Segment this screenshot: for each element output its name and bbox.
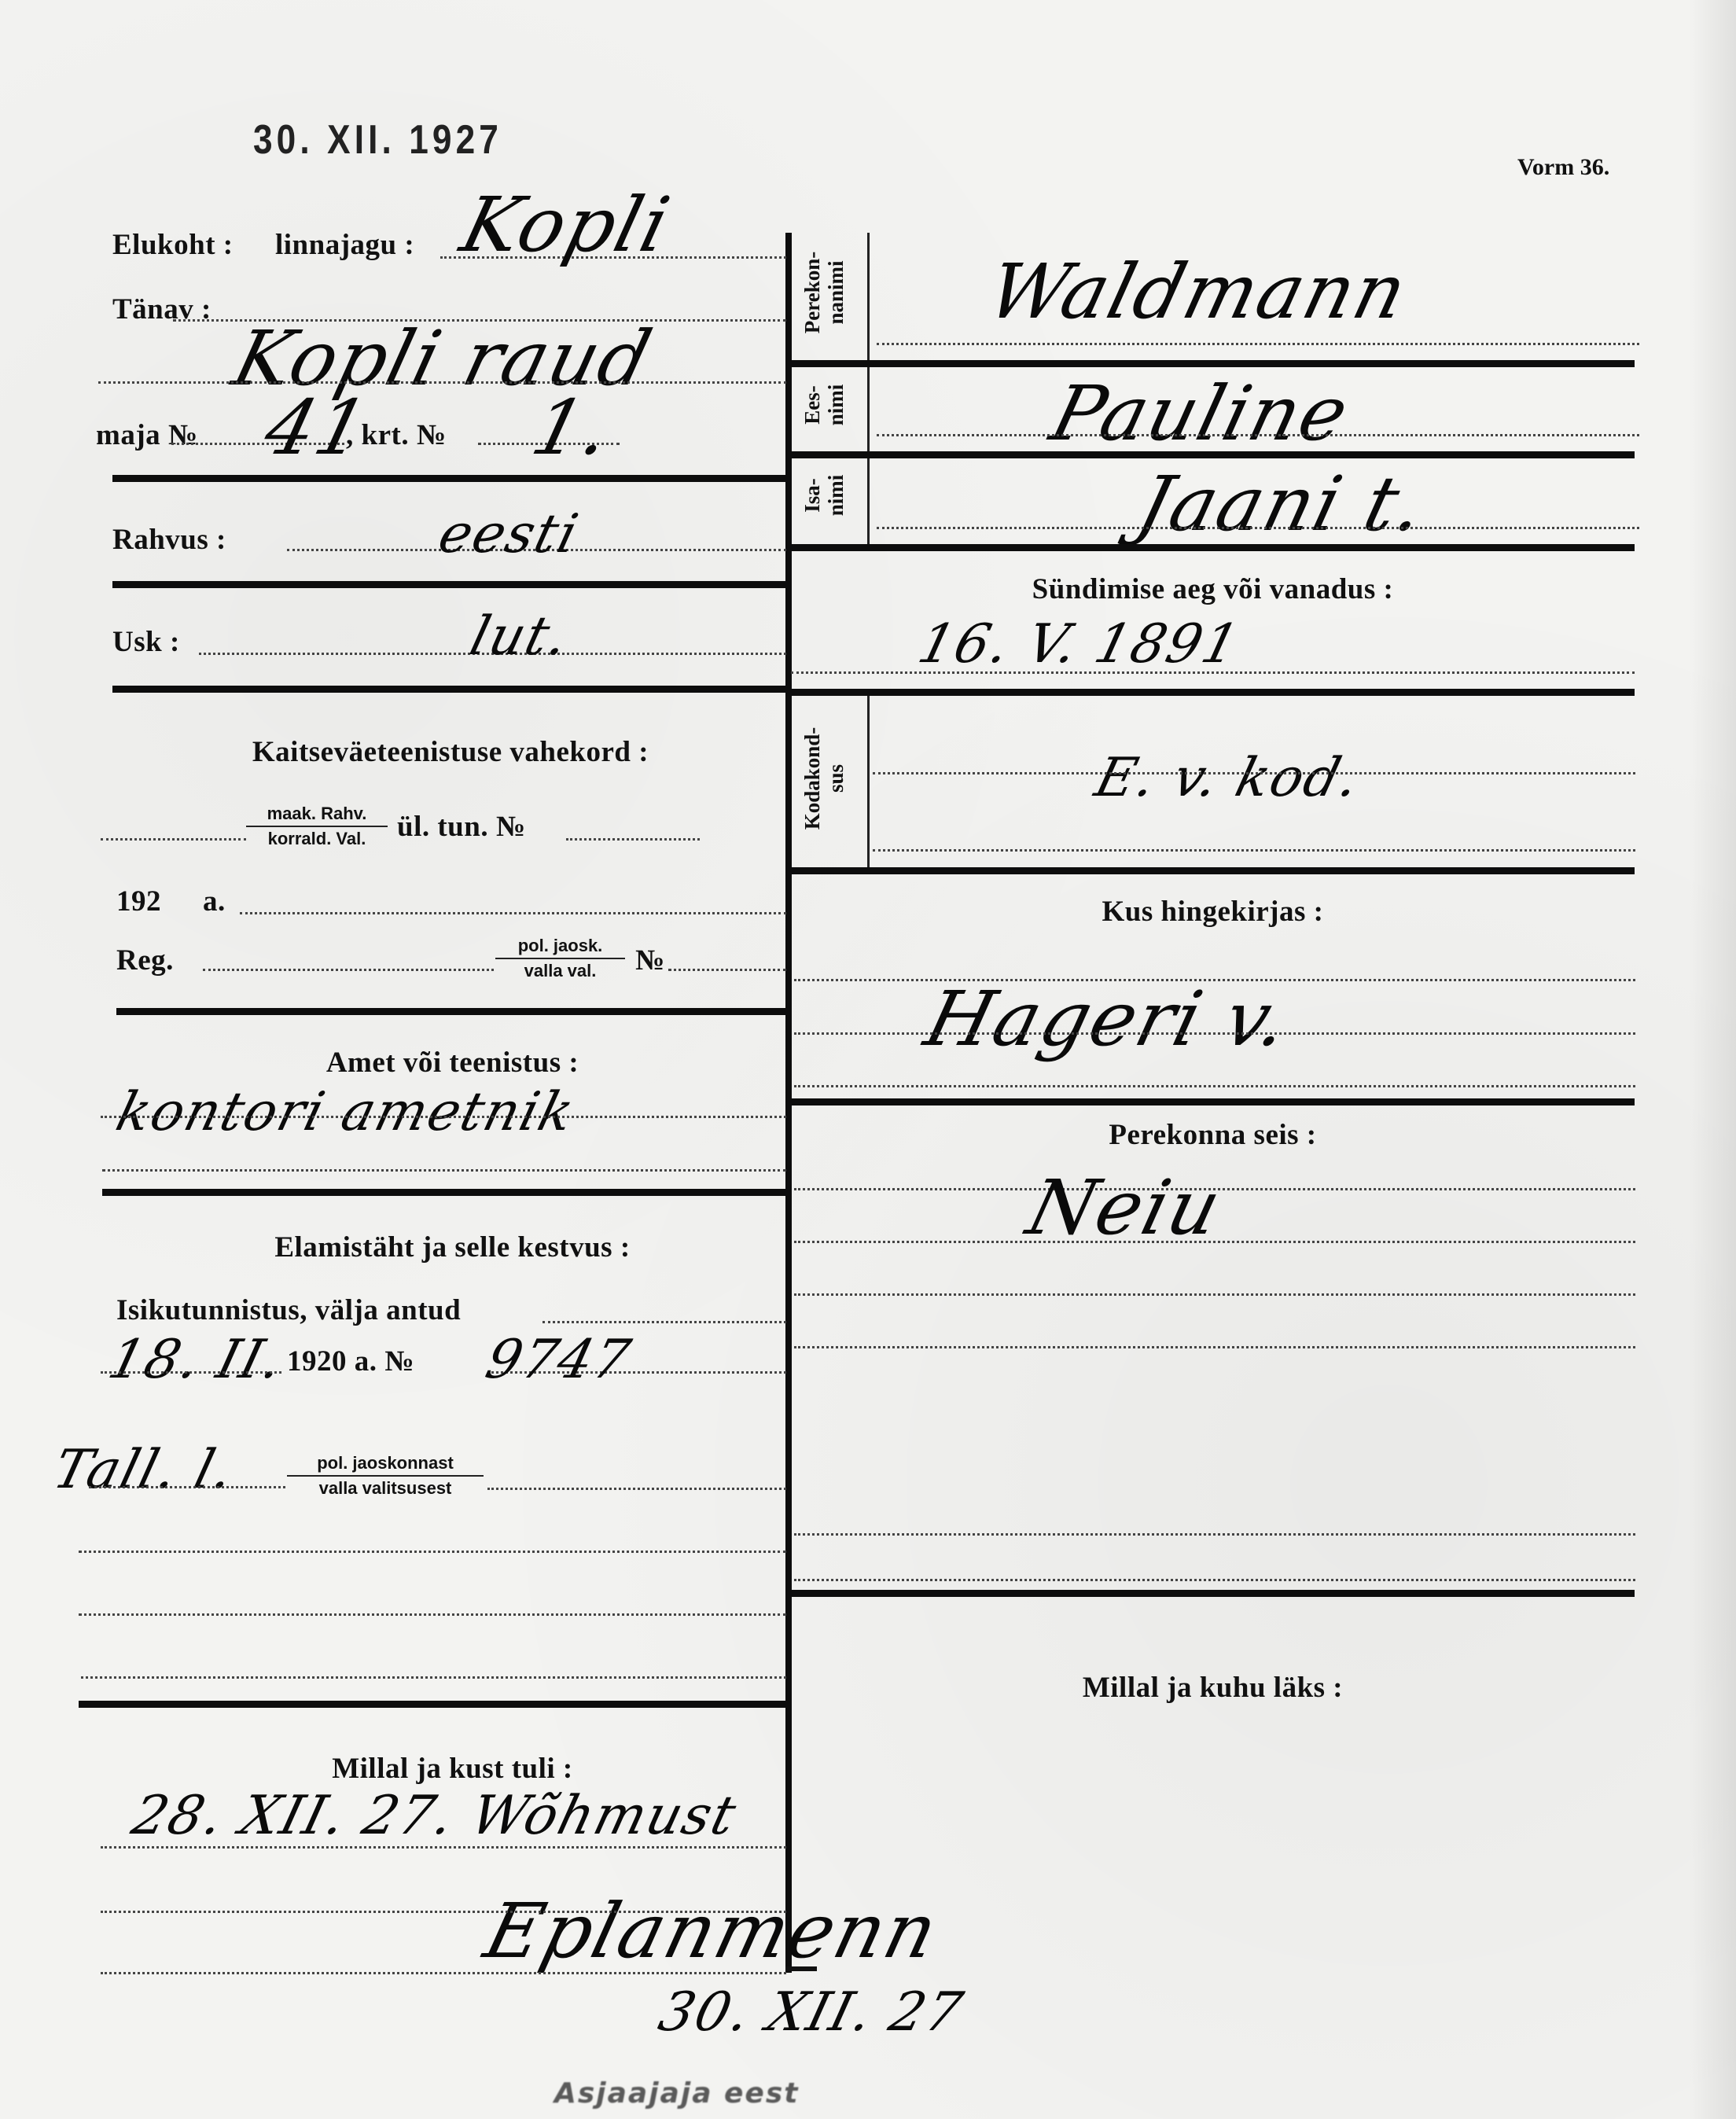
- field-line-father-name: [877, 527, 1639, 529]
- field-line-surname: [877, 343, 1639, 345]
- label-citizenship: Kodakond- sus: [800, 700, 848, 857]
- field-line-arrival-2: [101, 1911, 786, 1913]
- id-number-value[interactable]: 9747: [480, 1329, 638, 1391]
- official-stamp: Asjaajaja eest: [554, 2077, 799, 2110]
- frac-pol-jaoskonnast: pol. jaoskonnast: [287, 1453, 484, 1477]
- label-usk: Usk :: [112, 625, 180, 659]
- label-surname-line2: nanimi: [824, 230, 848, 355]
- father-name-value[interactable]: Jaani t.: [1129, 460, 1435, 548]
- field-line-blank-1: [79, 1551, 786, 1553]
- field-line-reg-no: [668, 969, 786, 971]
- field-line-issuer-2: [487, 1488, 786, 1490]
- field-line-family-6: [794, 1579, 1635, 1581]
- fraction-maak-korrald: maak. Rahv. korrald. Val.: [246, 804, 388, 849]
- label-first-name-line2: nimi: [824, 366, 848, 444]
- signature: Eplanmenn: [476, 1887, 947, 1975]
- frac-valla-val: valla val.: [495, 959, 625, 981]
- heading-departure: Millal ja kuhu läks :: [791, 1671, 1635, 1705]
- label-first-name-line1: Ees-: [800, 366, 824, 444]
- field-line-parish-2: [794, 1032, 1635, 1035]
- section-rule: [79, 1701, 789, 1708]
- field-line-reg: [203, 969, 494, 971]
- rahvus-value[interactable]: eesti: [432, 503, 585, 565]
- label-krt: , krt. №: [346, 418, 447, 452]
- section-rule: [112, 686, 789, 693]
- frac-korrald-val: korrald. Val.: [246, 827, 388, 849]
- field-line-blank-2: [79, 1613, 786, 1616]
- page-edge-shadow: [1689, 0, 1736, 2119]
- usk-value[interactable]: lut.: [464, 605, 576, 668]
- field-line-blank-3: [81, 1676, 786, 1679]
- section-rule: [791, 1098, 1635, 1105]
- field-line-occupation-2: [102, 1169, 786, 1172]
- section-rule: [102, 1189, 789, 1196]
- heading-birth: Sündimise aeg või vanadus :: [791, 572, 1635, 606]
- fraction-pol-valla: pol. jaosk. valla val.: [495, 936, 625, 981]
- field-line-military-1: [101, 838, 246, 841]
- heading-parish-register: Kus hingekirjas :: [791, 895, 1635, 929]
- field-line-year: [240, 912, 786, 914]
- family-status-value[interactable]: Neiu: [1019, 1164, 1230, 1252]
- label-column-line-names: [867, 233, 870, 551]
- field-line-citizenship-2: [873, 849, 1635, 852]
- field-line-tanav-2: [98, 381, 786, 384]
- label-id-year: 1920 a. №: [287, 1345, 414, 1378]
- issuer-value[interactable]: Tall. l.: [47, 1439, 241, 1501]
- field-line-ul-tun: [566, 838, 700, 841]
- label-linnajagu: linnajagu :: [275, 228, 414, 262]
- form-number: Vorm 36.: [1517, 154, 1609, 181]
- section-rule: [791, 451, 1635, 458]
- label-id-card: Isikutunnistus, välja antud: [116, 1293, 461, 1327]
- label-year-a: a.: [203, 885, 226, 918]
- signature-date: 30. XII. 27: [653, 1981, 969, 2044]
- label-father-name-line2: nimi: [824, 456, 848, 535]
- section-rule: [791, 360, 1635, 367]
- field-line-family-2: [794, 1241, 1635, 1243]
- frac-valla-valitsusest: valla valitsusest: [287, 1477, 484, 1499]
- citizenship-value[interactable]: E. v. kod.: [1089, 747, 1366, 809]
- label-ul-tun: ül. tun. №: [397, 810, 526, 844]
- label-rahvus: Rahvus :: [112, 523, 226, 557]
- field-line-family-5: [794, 1533, 1635, 1536]
- birth-value[interactable]: 16. V. 1891: [912, 613, 1246, 675]
- first-name-value[interactable]: Pauline: [1043, 370, 1358, 458]
- frac-maak-rahv: maak. Rahv.: [246, 804, 388, 827]
- heading-residence-permit: Elamistäht ja selle kestvus :: [116, 1231, 789, 1264]
- document-page: 30. XII. 1927 Vorm 36. Elukoht : linnaja…: [0, 0, 1736, 2119]
- field-line-first-name: [877, 434, 1639, 436]
- heading-military: Kaitseväeteenistuse vahekord :: [112, 735, 789, 769]
- field-line-id-date: [101, 1371, 281, 1374]
- label-surname-line1: Perekon-: [800, 230, 824, 355]
- field-line-arrival-3: [101, 1972, 786, 1974]
- linnajagu-value[interactable]: Kopli: [453, 181, 679, 269]
- field-line-issuer: [89, 1486, 285, 1488]
- label-year-192: 192: [116, 885, 161, 918]
- id-date-value[interactable]: 18. II.: [102, 1329, 290, 1391]
- parish-register-value[interactable]: Hageri v.: [917, 975, 1299, 1063]
- label-surname: Perekon- nanimi: [800, 230, 848, 355]
- label-citizenship-line2: sus: [824, 700, 848, 857]
- label-column-line-citizenship: [867, 696, 870, 867]
- field-line-citizenship-1: [873, 772, 1635, 774]
- field-line-occupation-1: [101, 1116, 786, 1118]
- label-father-name-line1: Isa-: [800, 456, 824, 535]
- field-line-birth: [791, 671, 1635, 674]
- label-citizenship-line1: Kodakond-: [800, 700, 824, 857]
- date-stamp: 30. XII. 1927: [253, 116, 502, 164]
- section-rule: [112, 475, 789, 482]
- section-rule: [791, 689, 1635, 696]
- section-rule: [791, 544, 1635, 551]
- fraction-pol-jaoskonnast: pol. jaoskonnast valla valitsusest: [287, 1453, 484, 1499]
- heading-arrival: Millal ja kust tuli :: [116, 1752, 789, 1786]
- label-reg: Reg.: [116, 944, 174, 977]
- section-rule: [791, 867, 1635, 874]
- section-rule: [116, 1008, 789, 1015]
- field-line-parish-3: [794, 1085, 1635, 1087]
- section-rule: [112, 581, 789, 588]
- arrival-value[interactable]: 28. XII. 27. Wõhmust: [126, 1785, 743, 1847]
- field-line-id-card: [542, 1321, 786, 1323]
- field-line-family-4: [794, 1346, 1635, 1348]
- heading-family-status: Perekonna seis :: [791, 1118, 1635, 1152]
- field-line-arrival-1: [101, 1846, 786, 1849]
- occupation-value[interactable]: kontori ametnik: [110, 1081, 581, 1143]
- label-father-name: Isa- nimi: [800, 456, 848, 535]
- field-line-family-3: [794, 1293, 1635, 1296]
- surname-value[interactable]: Waldmann: [980, 248, 1417, 336]
- section-rule: [791, 1590, 1635, 1597]
- frac-pol-jaosk: pol. jaosk.: [495, 936, 625, 959]
- label-elukoht: Elukoht :: [112, 228, 234, 262]
- label-first-name: Ees- nimi: [800, 366, 848, 444]
- label-maja: maja №: [96, 418, 198, 452]
- label-reg-no: №: [635, 944, 665, 977]
- heading-occupation: Amet või teenistus :: [116, 1046, 789, 1080]
